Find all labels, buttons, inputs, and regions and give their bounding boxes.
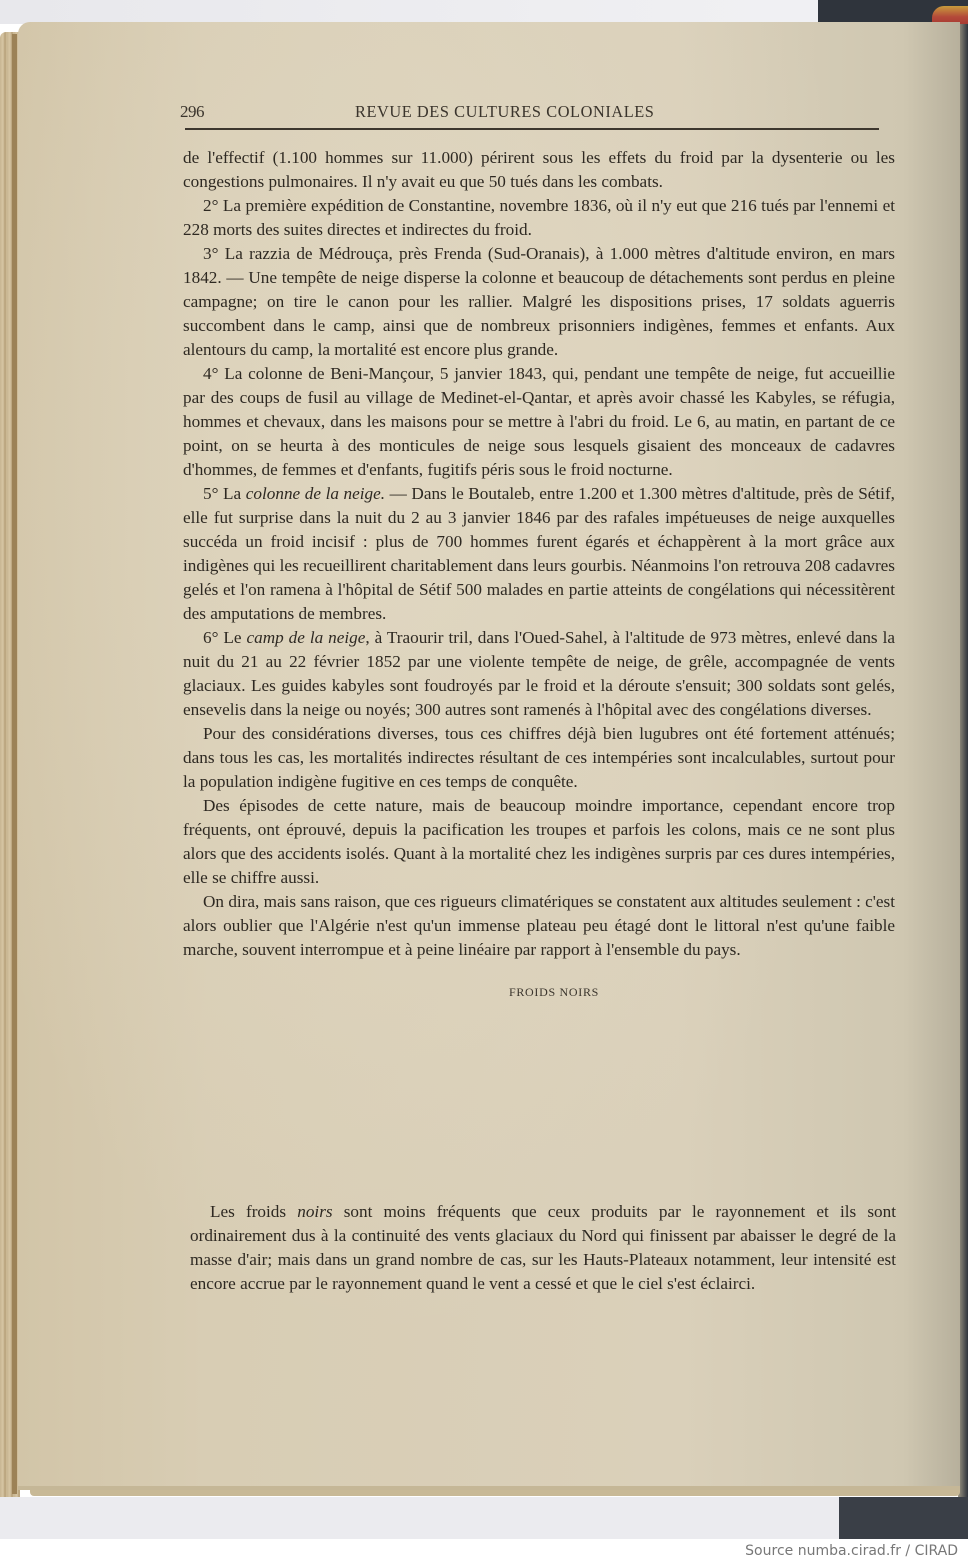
book-spine-shadow <box>12 34 17 1494</box>
italic-phrase: camp de la neige <box>246 628 365 647</box>
paragraph-continuation: de l'effectif (1.100 hommes sur 11.000) … <box>183 146 895 194</box>
page-number: 296 <box>180 102 204 122</box>
paragraph-froids-noirs: Les froids noirs sont moins fréquents qu… <box>190 1200 896 1296</box>
header-rule <box>185 128 879 130</box>
italic-phrase: noirs <box>297 1202 332 1221</box>
page-header: 296 REVUE DES CULTURES COLONIALES <box>180 100 880 130</box>
section-heading: FROIDS NOIRS <box>183 980 895 1004</box>
italic-phrase: colonne de la neige. <box>246 484 385 503</box>
source-credit: Source numba.cirad.fr / CIRAD <box>745 1543 958 1559</box>
paragraph-text: — Dans le Boutaleb, entre 1.200 et 1.300… <box>183 484 895 623</box>
paragraph-item-3: 3° La razzia de Médrouça, près Frenda (S… <box>183 242 895 362</box>
paragraph-item-2: 2° La première expédition de Constantine… <box>183 194 895 242</box>
paragraph-item-5: 5° La colonne de la neige. — Dans le Bou… <box>183 482 895 626</box>
paragraph-considerations: Pour des considérations diverses, tous c… <box>183 722 895 794</box>
paragraph-prefix: 6° Le <box>203 628 246 647</box>
book-page-edges <box>0 32 20 1512</box>
body-text: de l'effectif (1.100 hommes sur 11.000) … <box>183 146 895 1016</box>
paragraph-item-4: 4° La colonne de Beni-Mançour, 5 janvier… <box>183 362 895 482</box>
section-body-text: Les froids noirs sont moins fréquents qu… <box>190 1200 896 1296</box>
paragraph-prefix: 5° La <box>203 484 246 503</box>
paragraph-prefix: Les froids <box>210 1202 297 1221</box>
running-title: REVUE DES CULTURES COLONIALES <box>355 102 654 122</box>
paragraph-item-6: 6° Le camp de la neige, à Traourir tril,… <box>183 626 895 722</box>
scan-backdrop-dark-bottom <box>839 1497 968 1539</box>
paragraph-altitudes: On dira, mais sans raison, que ces rigue… <box>183 890 895 962</box>
scan-backdrop-bottom <box>0 1497 968 1539</box>
paragraph-episodes: Des épisodes de cette nature, mais de be… <box>183 794 895 890</box>
